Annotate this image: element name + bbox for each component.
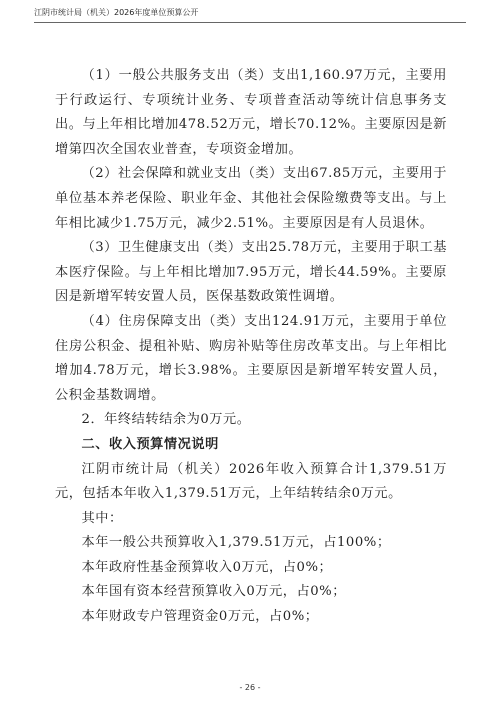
paragraph-health: （3）卫生健康支出（类）支出25.78万元，主要用于职工基本医疗保险。与上年相比…	[55, 236, 447, 310]
paragraph-general-budget-income: 本年一般公共预算收入1,379.51万元，占100%；	[55, 531, 447, 556]
document-header-title: 江阴市统计局（机关）2026年度单位预算公开	[34, 8, 198, 17]
paragraph-year-end-balance: 2．年终结转结余为0万元。	[55, 408, 447, 433]
paragraph-government-fund-income: 本年政府性基金预算收入0万元，占0%；	[55, 556, 447, 581]
paragraph-housing: （4）住房保障支出（类）支出124.91万元，主要用于单位住房公积金、提租补贴、…	[55, 310, 447, 408]
paragraph-social-security: （2）社会保障和就业支出（类）支出67.85万元，主要用于单位基本养老保险、职业…	[55, 162, 447, 236]
paragraph-general-public-services: （1）一般公共服务支出（类）支出1,160.97万元，主要用于行政运行、专项统计…	[55, 64, 447, 162]
document-header: 江阴市统计局（机关）2026年度单位预算公开	[34, 7, 466, 23]
page-number: - 26 -	[0, 683, 500, 692]
section-heading-income-budget: 二、收入预算情况说明	[55, 433, 447, 458]
paragraph-state-capital-income: 本年国有资本经营预算收入0万元，占0%；	[55, 580, 447, 605]
paragraph-special-account-funds: 本年财政专户管理资金0万元，占0%；	[55, 605, 447, 630]
paragraph-income-total: 江阴市统计局（机关）2026年收入预算合计1,379.51万元，包括本年收入1,…	[55, 458, 447, 507]
paragraph-among-which: 其中：	[55, 507, 447, 532]
document-body: （1）一般公共服务支出（类）支出1,160.97万元，主要用于行政运行、专项统计…	[55, 64, 447, 630]
